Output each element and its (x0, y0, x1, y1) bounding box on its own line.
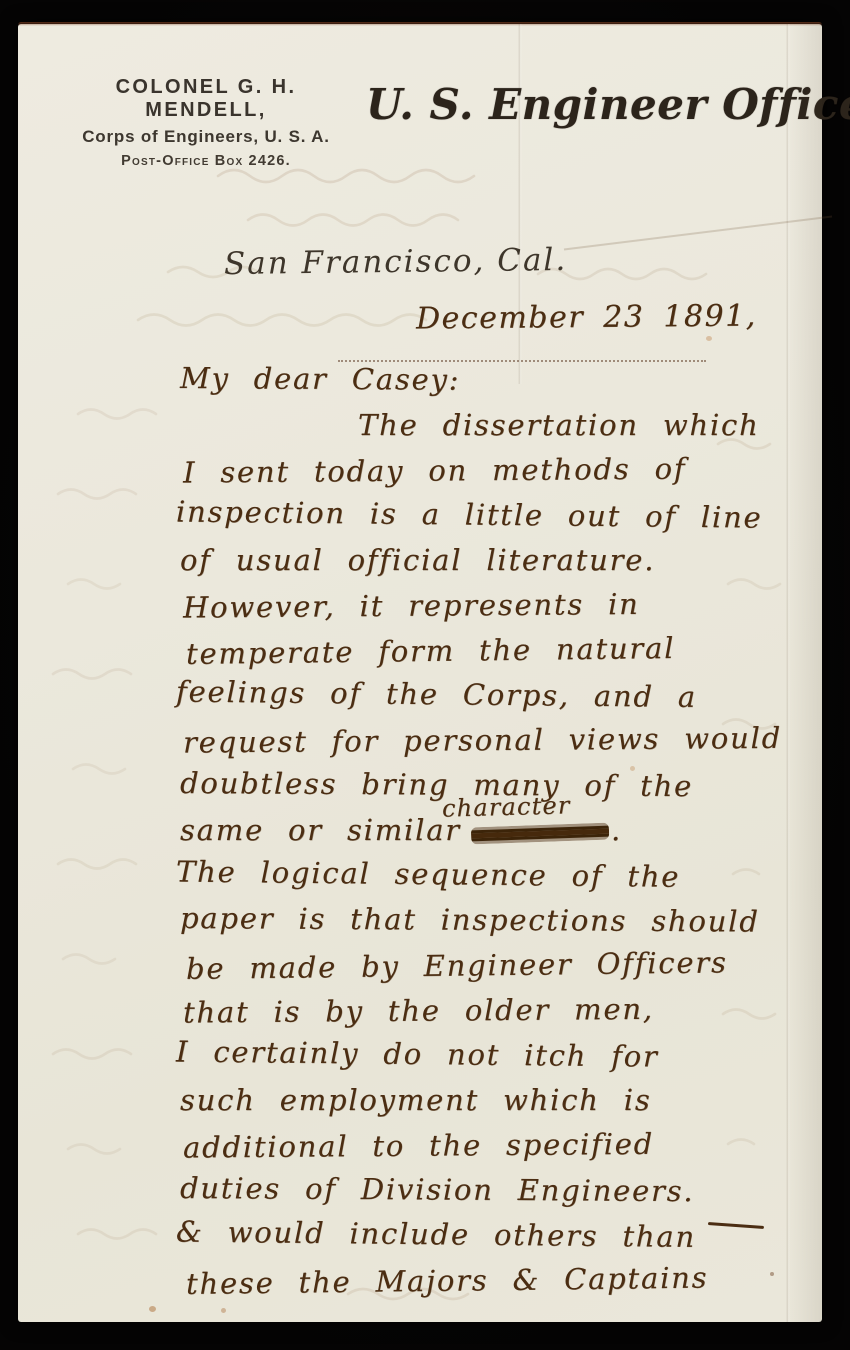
body-line: temperate form the natural (186, 624, 843, 677)
scribble-period: . (611, 813, 622, 847)
body-line: I sent today on methods of (183, 445, 839, 495)
date-handwritten: December 23 1891, (416, 299, 757, 337)
scan-background: COLONEL G. H. MENDELL, Corps of Engineer… (0, 0, 850, 1350)
sender-po-box: Post-Office Box 2426. (54, 153, 358, 169)
body-line-text: same or similar (180, 813, 461, 847)
sender-corps: Corps of Engineers, U. S. A. (54, 127, 358, 147)
sender-name: COLONEL G. H. MENDELL, (54, 76, 358, 122)
body-line: However, it represents in (183, 580, 839, 630)
body-line: feelings of the Corps, and a (176, 670, 832, 722)
body-line: be made by Engineer Officers (186, 939, 843, 992)
place-line: San Francisco, Cal. (224, 242, 568, 282)
foxing-spot (706, 336, 712, 341)
body-line: that is by the older men, (183, 985, 839, 1035)
salutation: My dear Casey: (180, 356, 836, 405)
body-line: request for personal views would (183, 715, 839, 765)
body-line: of usual official literature. (180, 538, 836, 583)
body-line-with-correction: same or similar. character (180, 808, 836, 853)
office-title: U. S. Engineer Office, (366, 80, 836, 129)
letter-body: My dear Casey: The dissertation which I … (180, 358, 836, 1303)
body-line: & would include others than (176, 1210, 832, 1262)
body-line: The logical sequence of the (176, 850, 832, 902)
foxing-spot (221, 1308, 226, 1313)
foxing-spot (149, 1306, 156, 1312)
inserted-word: character (441, 783, 571, 831)
body-line: I certainly do not itch for (176, 1030, 832, 1082)
letterhead-sender-block: COLONEL G. H. MENDELL, Corps of Engineer… (54, 76, 358, 169)
body-line: inspection is a little out of line (176, 490, 832, 542)
letter-paper: COLONEL G. H. MENDELL, Corps of Engineer… (18, 24, 822, 1322)
body-line: paper is that inspections should (180, 896, 836, 945)
body-line: The dissertation which (180, 403, 836, 448)
body-line: additional to the specified (183, 1120, 839, 1170)
fold-crease-diagonal (564, 216, 832, 251)
body-line: such employment which is (180, 1078, 836, 1123)
body-line: duties of Division Engineers. (180, 1166, 836, 1215)
body-line: these the Majors & Captains (186, 1254, 843, 1307)
